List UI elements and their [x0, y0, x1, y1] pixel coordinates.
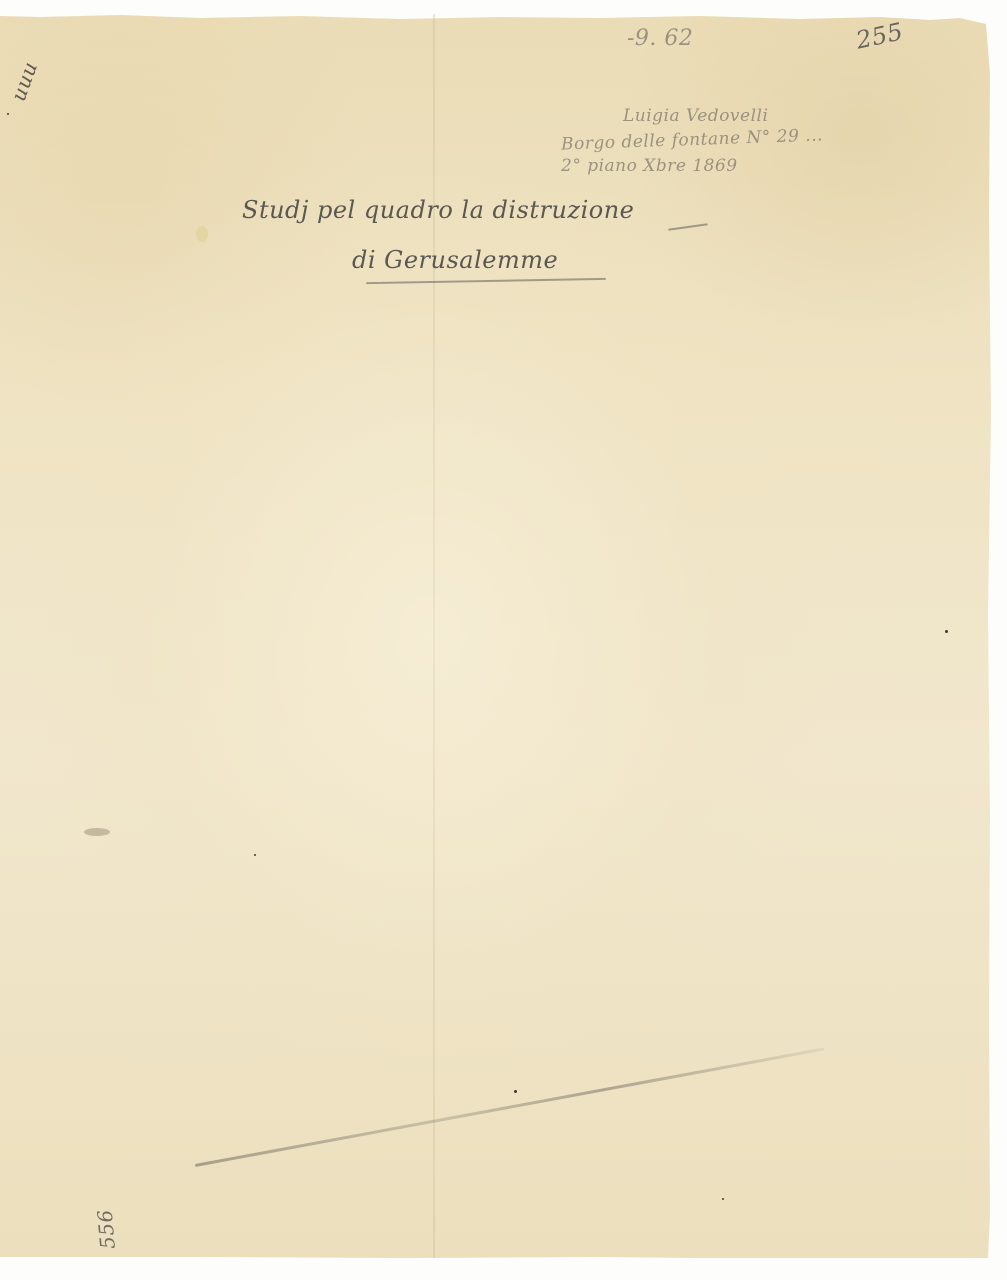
stain-mark: [196, 226, 208, 242]
stain-mark: [84, 828, 110, 836]
speck: [945, 630, 948, 633]
speck: [514, 1090, 517, 1093]
archival-note-name: Luigia Vedovelli: [623, 106, 768, 126]
bottom-left-number: 556: [93, 1208, 120, 1250]
speck: [7, 113, 9, 115]
speck: [254, 854, 256, 856]
manuscript-title-line-2: di Gerusalemme: [352, 246, 558, 274]
top-reference-number: -9. 62: [627, 26, 693, 51]
archival-note-date: 2° piano Xbre 1869: [561, 156, 738, 176]
scan-background: -9. 62 255 Luigia Vedovelli Borgo delle …: [0, 0, 1007, 1280]
speck: [722, 1198, 724, 1200]
manuscript-title-line-1: Studj pel quadro la distruzione: [242, 196, 634, 224]
